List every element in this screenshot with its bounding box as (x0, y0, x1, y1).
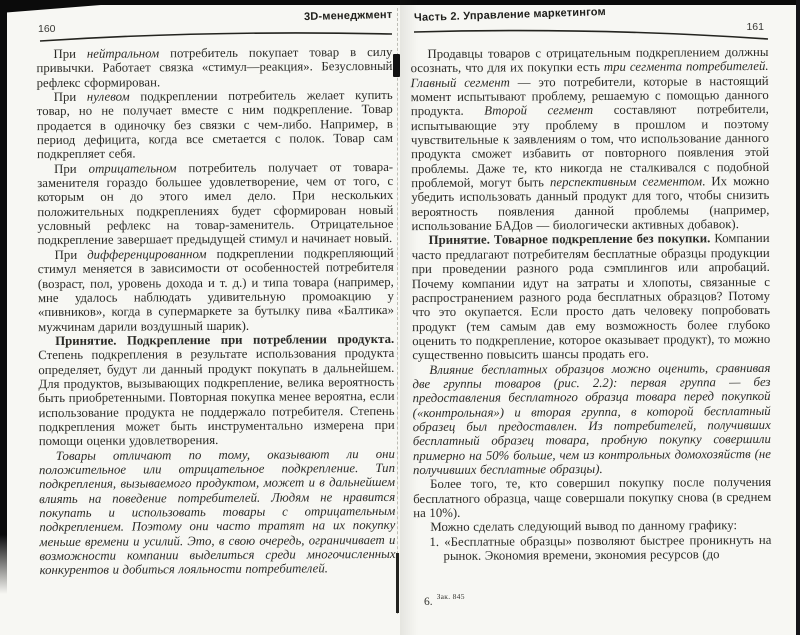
text-segment: нейтральном (87, 46, 159, 60)
text-segment: Влияние бесплатных образцов можно оценит… (412, 360, 771, 477)
text-segment: При (55, 248, 88, 262)
spine-bottom-shadow (396, 553, 399, 613)
text-segment: Второй сегмент (484, 103, 593, 118)
signature-number: 6. (424, 596, 433, 608)
paragraph: При нейтральном потребитель покупает тов… (36, 45, 392, 90)
text-segment: Товары отличают по тому, оказывают ли он… (39, 447, 396, 578)
scan-edge-right (796, 0, 800, 635)
paragraph: Продавцы товаров с отрицательным подкреп… (410, 45, 769, 234)
paragraph: При дифференцированном подкреплении подк… (38, 246, 395, 334)
spine-ink-mark (393, 54, 400, 77)
text-segment: нулевом (87, 90, 130, 104)
text-segment: отрицательном (89, 161, 177, 176)
paragraph: Более того, те, кто совершил покупку пос… (413, 475, 771, 520)
text-segment: Степень подкрепления в результате исполь… (38, 346, 395, 448)
right-page-body: Продавцы товаров с отрицательным подкреп… (410, 45, 771, 564)
text-segment: Более того, те, кто совершил покупку пос… (413, 475, 771, 520)
list-marker: 1. (429, 535, 444, 549)
paragraph: Принятие. Подкрепление при потреблении п… (38, 332, 395, 449)
text-segment: «Бесплатные образцы» позволяют быстрее п… (443, 533, 771, 563)
left-page-body: При нейтральном потребитель покупает тов… (36, 45, 395, 578)
text-segment: Принятие. Товарное подкрепление без поку… (429, 232, 711, 248)
text-segment: Можно сделать следующий вывод по данному… (430, 518, 737, 534)
right-page-header: Часть 2. Управление маркетингом 161 (412, 9, 770, 41)
text-segment: перспективным сегментом (550, 174, 702, 189)
right-running-title: Часть 2. Управление маркетингом (414, 6, 606, 24)
paragraph: Влияние бесплатных образцов можно оценит… (412, 360, 771, 477)
paragraph: При нулевом подкреплении потребитель жел… (37, 88, 393, 162)
book-scan: 160 3D-менеджмент При нейтральном потреб… (0, 0, 800, 635)
right-page: Часть 2. Управление маркетингом 161 Прод… (412, 9, 770, 562)
header-rule (412, 25, 770, 43)
paragraph: Принятие. Товарное подкрепление без поку… (412, 231, 771, 362)
left-page: 160 3D-менеджмент При нейтральном потреб… (38, 9, 394, 577)
paragraph: Товары отличают по тому, оказывают ли он… (39, 447, 396, 578)
scan-edge-left (0, 0, 7, 594)
print-signature: 6. Зак. 845 (424, 592, 465, 610)
text-segment: При (54, 90, 87, 104)
left-running-title: 3D-менеджмент (303, 9, 392, 23)
left-page-header: 160 3D-менеджмент (38, 9, 394, 41)
text-segment: При (53, 47, 87, 61)
signature-note: Зак. 845 (437, 592, 465, 601)
text-segment: При (54, 162, 89, 176)
paragraph: При отрицательном потребитель получает о… (37, 160, 394, 248)
header-rule (38, 26, 394, 44)
list-item: 1. «Бесплатные образцы» позволяют быстре… (413, 533, 771, 564)
text-segment: Компании часто предлагают потребителям б… (412, 231, 771, 362)
text-segment: дифференцированном (87, 247, 206, 262)
book-spine (397, 8, 398, 614)
